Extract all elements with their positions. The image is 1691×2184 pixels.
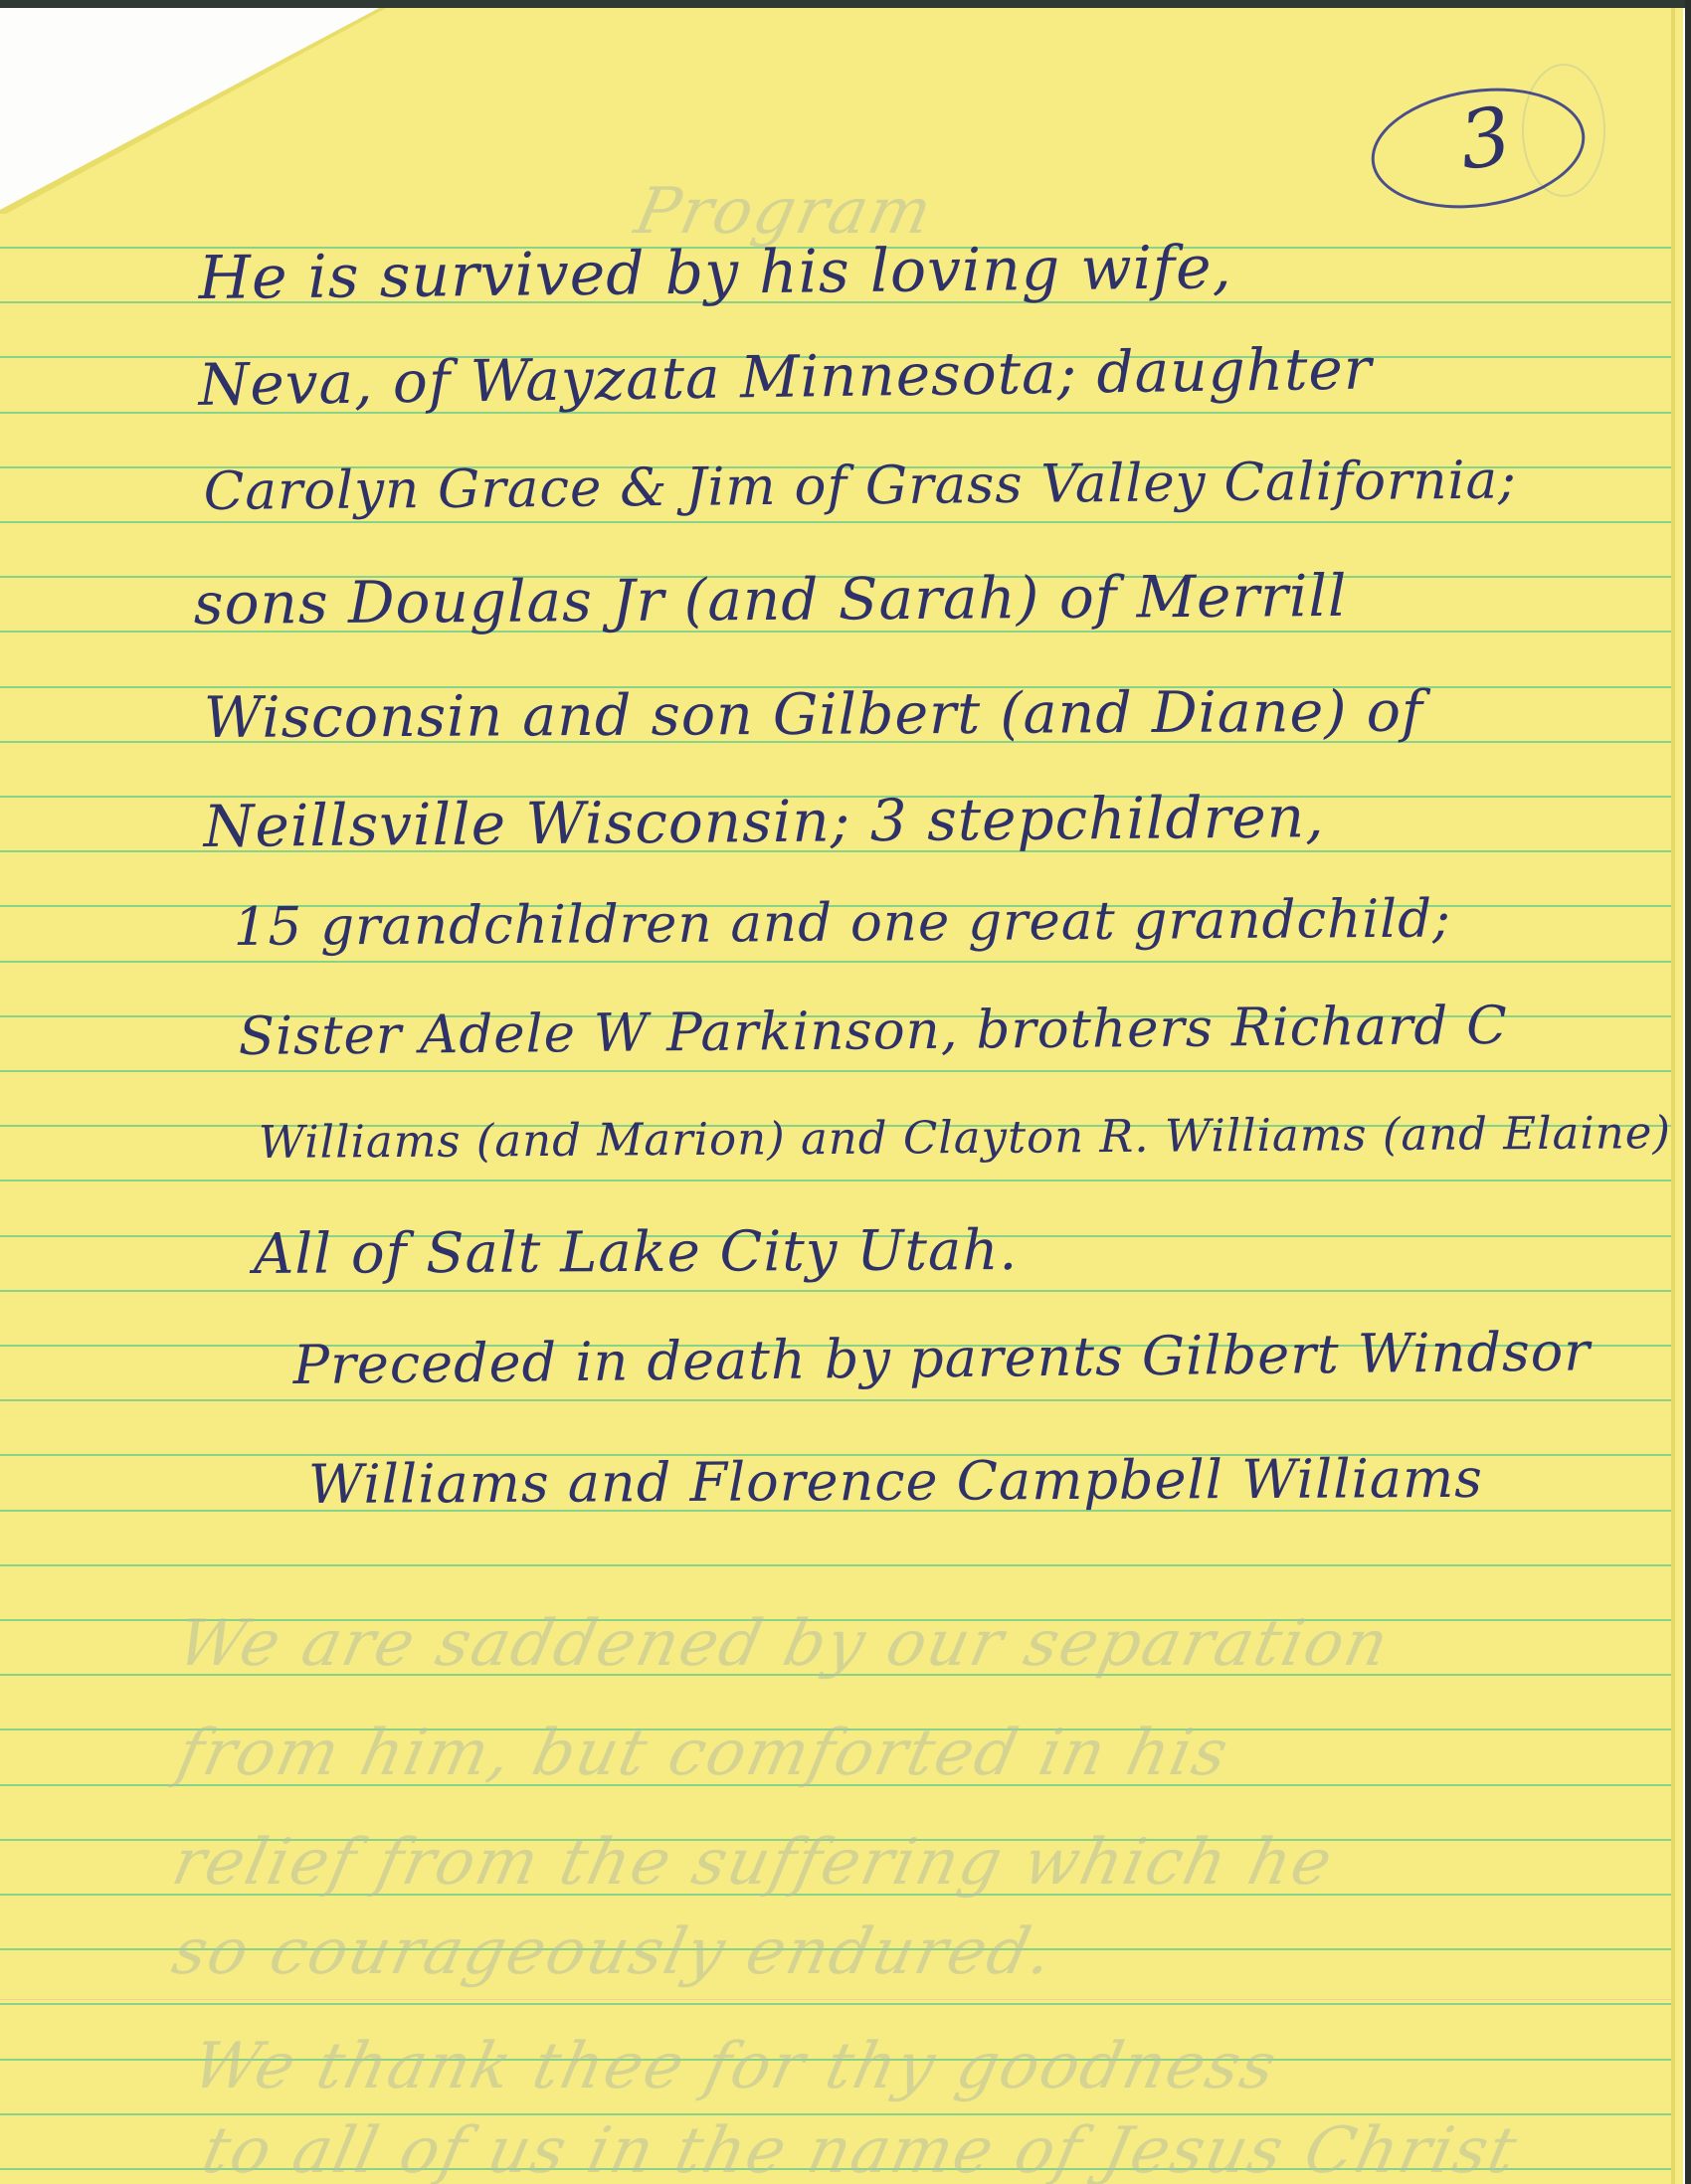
handwritten-line: 15 grandchildren and one great grandchil… bbox=[234, 892, 1451, 954]
legal-pad-page: Program We are saddened by our separatio… bbox=[0, 6, 1683, 2184]
handwritten-line: Neillsville Wisconsin; 3 stepchildren, bbox=[203, 788, 1324, 855]
handwritten-line: sons Douglas Jr (and Sarah) of Merrill bbox=[194, 567, 1348, 633]
scanner-top-edge bbox=[0, 0, 1691, 8]
handwritten-text: He is survived by his loving wife, Neva,… bbox=[0, 6, 1683, 2184]
handwritten-line: Sister Adele W Parkinson, brothers Richa… bbox=[239, 1000, 1508, 1063]
handwritten-line: All of Salt Lake City Utah. bbox=[254, 1223, 1019, 1283]
handwritten-line: Neva, of Wayzata Minnesota; daughter bbox=[198, 340, 1373, 414]
handwritten-line: Williams and Florence Campbell Williams bbox=[308, 1452, 1483, 1512]
handwritten-line: Preceded in death by parents Gilbert Win… bbox=[292, 1325, 1591, 1392]
handwritten-line: Williams (and Marion) and Clayton R. Wil… bbox=[259, 1110, 1671, 1165]
scanner-right-edge bbox=[1685, 0, 1691, 2184]
handwritten-line: He is survived by his loving wife, bbox=[198, 238, 1232, 308]
handwritten-line: Wisconsin and son Gilbert (and Diane) of bbox=[204, 684, 1423, 747]
handwritten-line: Carolyn Grace & Jim of Grass Valley Cali… bbox=[204, 454, 1518, 518]
